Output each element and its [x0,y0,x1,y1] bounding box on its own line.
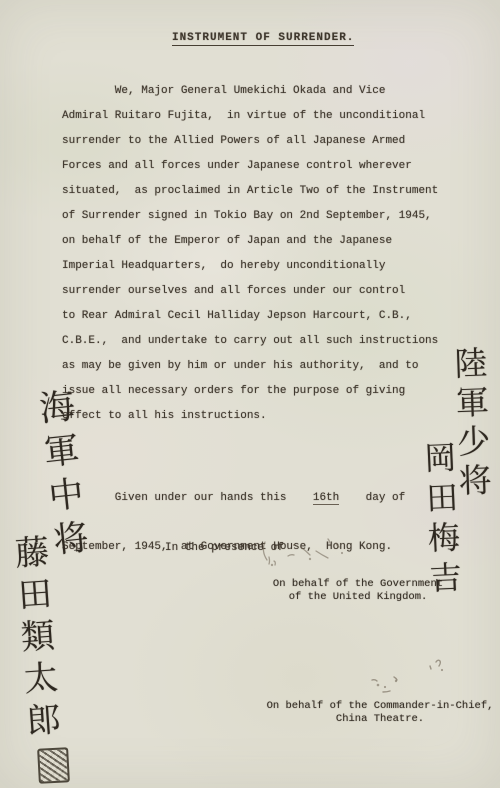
body-line: Imperial Headquarters, do hereby uncondi… [62,254,454,279]
document-body: We, Major General Umekichi Okada and Vic… [62,55,454,608]
body-line: Forces and all forces under Japanese con… [62,154,454,179]
brush-character: 太 [18,656,65,701]
document-title: INSTRUMENT OF SURRENDER. [0,20,500,56]
brush-character: 中 [42,472,90,520]
faint-signature-witness [258,531,350,573]
brush-character: 吉 [423,557,469,599]
surrender-document-page: INSTRUMENT OF SURRENDER. We, Major Gener… [0,0,500,788]
brush-character: 類 [15,615,62,660]
date-line-suffix: day of [339,492,405,504]
date-line: Given under our hands this 16th day of [62,486,454,511]
brush-character: 軍 [450,382,495,423]
brush-character: 岡 [418,437,464,479]
brush-signature-okada-name: 岡田梅吉 [418,437,469,599]
body-line: We, Major General Umekichi Okada and Vic… [62,79,454,104]
body-line: C.B.E., and undertake to carry out all s… [62,329,454,354]
china-attestation-line: China Theatre. [262,713,498,726]
body-line: surrender ourselves and all forces under… [62,279,454,304]
brush-character: 海 [33,384,81,432]
brush-character: 藤 [9,531,56,576]
brush-character: 田 [419,477,465,519]
brush-character: 梅 [421,517,467,559]
date-line-prefix: Given under our hands this [62,492,313,504]
brush-character: 田 [12,573,59,618]
brush-character: 陸 [448,343,493,384]
china-attestation-line: On behalf of the Commander-in-Chief, [262,700,498,713]
document-title-text: INSTRUMENT OF SURRENDER. [172,32,354,46]
brush-character: 郎 [20,698,67,743]
body-line: effect to all his instructions. [62,404,454,429]
body-line: Admiral Ruitaro Fujita, in virtue of the… [62,104,454,129]
body-line: issue all necessary orders for the purpo… [62,379,454,404]
body-line: to Rear Admiral Cecil Halliday Jepson Ha… [62,304,454,329]
faint-signature-commander [352,650,456,698]
date-day-inserted: 16th [313,492,339,505]
body-line: surrender to the Allied Powers of all Ja… [62,129,454,154]
hanko-seal-icon [37,747,70,784]
china-attestation: On behalf of the Commander-in-Chief,Chin… [262,700,498,725]
body-line: situated, as proclaimed in Article Two o… [62,179,454,204]
brush-character: 軍 [38,428,86,476]
body-line: of Surrender signed in Tokio Bay on 2nd … [62,204,454,229]
body-line: on behalf of the Emperor of Japan and th… [62,229,454,254]
body-line: as may be given by him or under his auth… [62,354,454,379]
main-paragraph: We, Major General Umekichi Okada and Vic… [62,79,454,429]
